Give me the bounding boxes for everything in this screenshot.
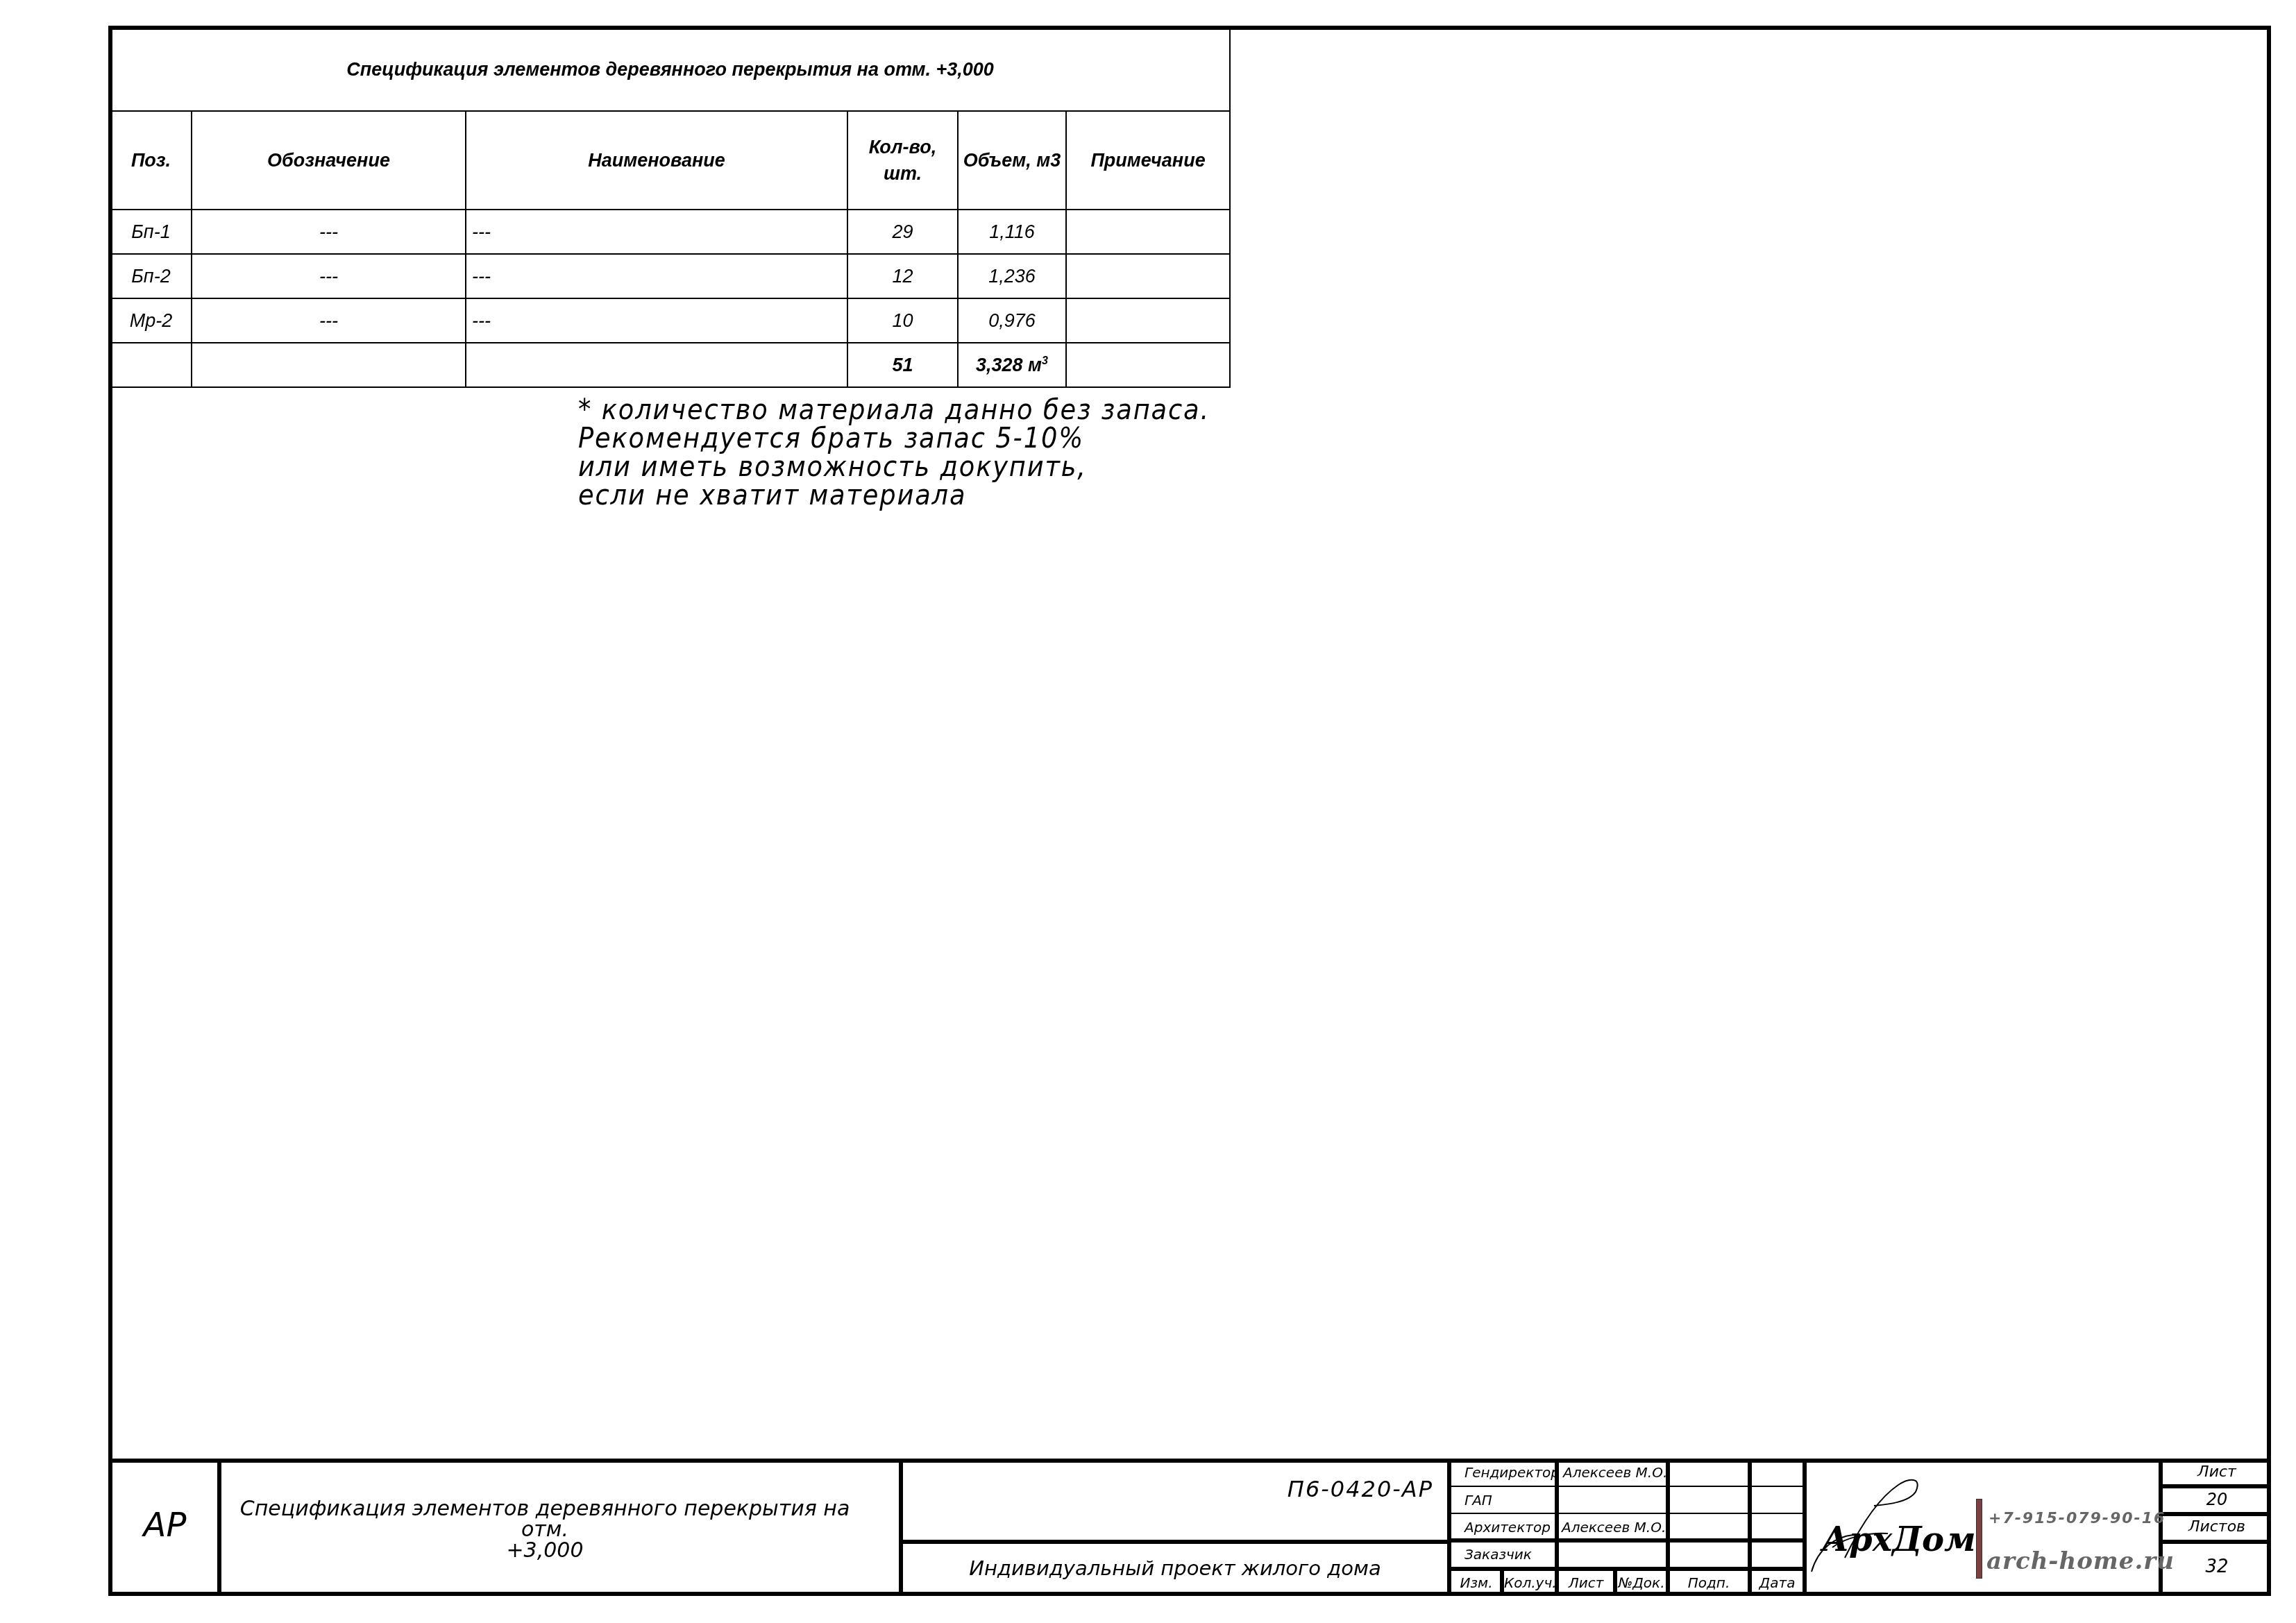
specification-table: Спецификация элементов деревянного перек… (111, 28, 1230, 388)
divider-code (1447, 1459, 1451, 1596)
cell-designation: --- (192, 210, 466, 254)
table-total-row: 51 3,328 м3 (111, 343, 1230, 387)
cell-name: --- (466, 210, 847, 254)
table-title: Спецификация элементов деревянного перек… (111, 28, 1230, 111)
cell-empty (466, 343, 847, 387)
material-note: * количество материала данно без запаса.… (578, 396, 1210, 510)
role-customer: Заказчик (1464, 1547, 1532, 1561)
table-row: Бп-2 --- --- 12 1,236 (111, 254, 1230, 298)
logo-phone: +7-915-079-90-16 (1989, 1510, 2166, 1527)
grid-row-line (1449, 1538, 1805, 1543)
cell-note (1066, 298, 1230, 343)
table-row: Мр-2 --- --- 10 0,976 (111, 298, 1230, 343)
cell-empty (1066, 343, 1230, 387)
sheet-row-line (2159, 1484, 2271, 1488)
cell-pos: Мр-2 (111, 298, 192, 343)
sheets-label: Листов (2163, 1520, 2271, 1534)
note-line: Рекомендуется брать запас 5-10% (578, 423, 1084, 454)
divider-code-project (899, 1540, 1449, 1544)
divider-section (217, 1459, 221, 1596)
cell-note (1066, 210, 1230, 254)
cell-qty: 12 (847, 254, 958, 298)
col-list: Лист (1559, 1576, 1613, 1590)
header-qty: Кол-во,шт. (847, 111, 958, 210)
total-volume-value: 3,328 м (976, 355, 1042, 375)
header-designation: Обозначение (192, 111, 466, 210)
drawing-title: Спецификация элементов деревянного перек… (226, 1499, 864, 1561)
note-line: или иметь возможность докупить, (578, 451, 1087, 483)
col-koluch: Кол.уч. (1504, 1576, 1555, 1590)
header-volume: Объем, м3 (958, 111, 1066, 210)
header-qty-line1: Кол-во, (869, 137, 936, 158)
name-gendirector: Алексеев М.О. (1563, 1465, 1667, 1479)
cell-designation: --- (192, 254, 466, 298)
grid-row-line (1449, 1567, 1805, 1571)
total-volume-superscript: 3 (1042, 355, 1048, 367)
header-qty-line2: шт. (884, 163, 922, 184)
cell-empty (192, 343, 466, 387)
col-doc-number: №Док. (1617, 1576, 1666, 1590)
cell-volume: 1,116 (958, 210, 1066, 254)
col-signature: Подп. (1670, 1576, 1748, 1590)
note-line: * количество материала данно без запаса. (578, 394, 1210, 426)
note-line: если не хватит материала (578, 479, 966, 511)
logo-brand: АрхДом (1822, 1523, 1976, 1556)
cell-note (1066, 254, 1230, 298)
document-code: П6-0420-АР (902, 1478, 1433, 1500)
total-qty: 51 (847, 343, 958, 387)
logo-divider-bar (1976, 1499, 1982, 1579)
sheets-total: 32 (2163, 1560, 2271, 1574)
cell-qty: 10 (847, 298, 958, 343)
grid-row-line (1449, 1486, 1805, 1487)
cell-name: --- (466, 298, 847, 343)
cell-pos: Бп-1 (111, 210, 192, 254)
cell-qty: 29 (847, 210, 958, 254)
grid-row-line (1449, 1513, 1805, 1514)
role-gendirector: Гендиректор (1464, 1465, 1560, 1479)
logo-website: arch-home.ru (1986, 1547, 2175, 1575)
table-header-row: Поз. Обозначение Наименование Кол-во,шт.… (111, 111, 1230, 210)
total-volume: 3,328 м3 (958, 343, 1066, 387)
project-name: Индивидуальный проект жилого дома (903, 1546, 1447, 1595)
role-architect: Архитектор (1464, 1520, 1551, 1534)
col-izm: Изм. (1452, 1576, 1501, 1590)
name-architect: Алексеев М.О. (1562, 1520, 1666, 1534)
header-pos: Поз. (111, 111, 192, 210)
cell-volume: 0,976 (958, 298, 1066, 343)
cell-name: --- (466, 254, 847, 298)
sheet-number: 20 (2163, 1493, 2271, 1506)
header-note: Примечание (1066, 111, 1230, 210)
title-block-top-line (108, 1459, 2271, 1463)
cell-volume: 1,236 (958, 254, 1066, 298)
role-gap: ГАП (1464, 1493, 1492, 1507)
table-row: Бп-1 --- --- 29 1,116 (111, 210, 1230, 254)
sheet-label: Лист (2163, 1465, 2271, 1479)
cell-empty (111, 343, 192, 387)
cell-designation: --- (192, 298, 466, 343)
sheet-row-line (2159, 1512, 2271, 1516)
sheet-row-line (2159, 1540, 2271, 1544)
col-date: Дата (1752, 1576, 1803, 1590)
cell-pos: Бп-2 (111, 254, 192, 298)
section-code: АР (112, 1507, 217, 1543)
header-name: Наименование (466, 111, 847, 210)
